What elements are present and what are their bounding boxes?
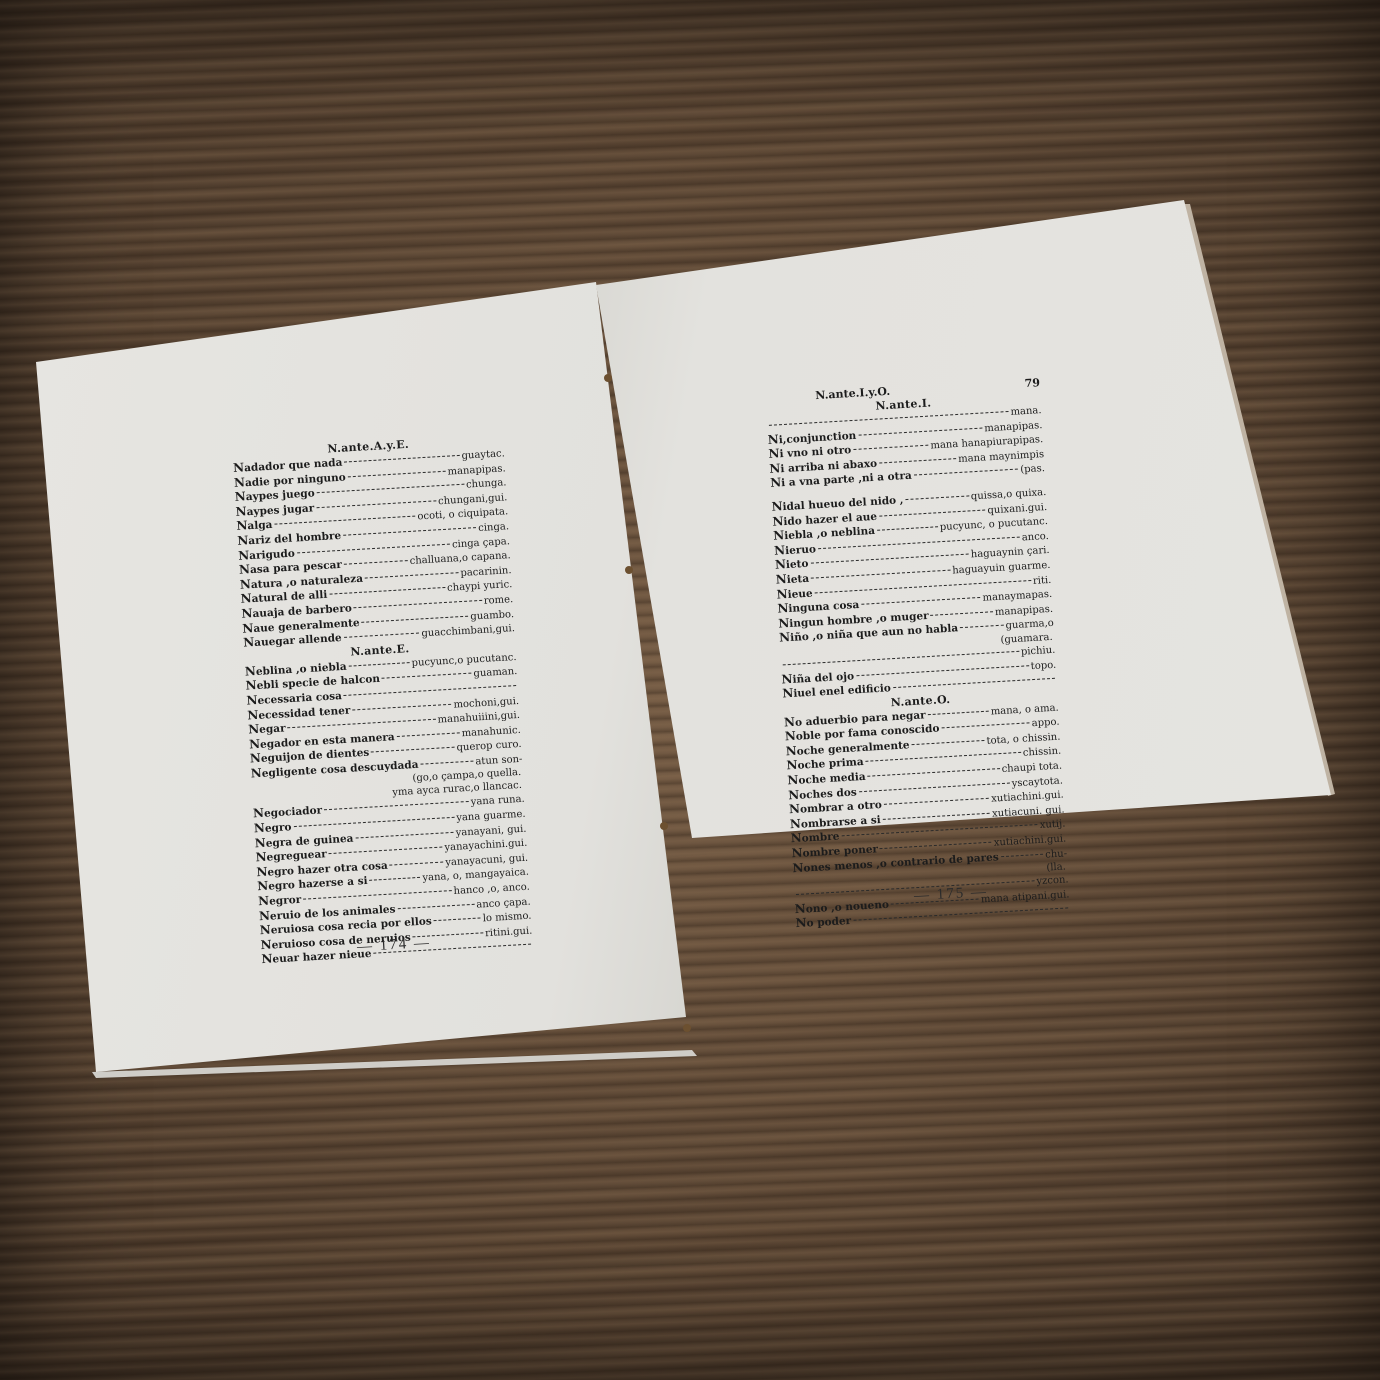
binding-stitch [683, 1024, 691, 1032]
leader-dashes [303, 890, 452, 900]
entry-list-o: No aduerbio para negarmana, o ama.Noble … [784, 700, 1068, 876]
leader-dashes [858, 427, 982, 435]
entry-term: Nieruo [774, 542, 817, 559]
leader-dashes [288, 719, 436, 729]
leader-dashes [879, 458, 956, 463]
leader-dashes [362, 615, 469, 622]
leader-dashes [914, 469, 1019, 476]
leader-dashes [1001, 853, 1044, 856]
leader-dashes [928, 710, 989, 715]
entry-gloss: chissin. [1023, 745, 1062, 761]
leader-dashes [420, 760, 473, 764]
leader-dashes [884, 798, 990, 805]
entry-gloss: cinga. [478, 520, 510, 535]
leader-dashes [911, 740, 984, 745]
entry-gloss: topo. [1030, 658, 1056, 673]
leader-dashes [370, 877, 421, 881]
entry-gloss: guambo. [470, 608, 514, 624]
leader-dashes [905, 495, 969, 500]
entry-gloss: chu- [1045, 847, 1068, 862]
leader-dashes [960, 625, 1004, 629]
leader-dashes [355, 832, 453, 839]
leader-dashes [397, 732, 460, 737]
leader-dashes [390, 861, 444, 865]
entry-gloss: pichiu. [1021, 644, 1056, 660]
leader-dashes [317, 484, 464, 493]
leader-dashes [893, 678, 1055, 688]
entry-gloss: guaman. [473, 665, 518, 681]
entry-gloss: xutij. [1039, 818, 1065, 833]
leader-dashes [810, 554, 968, 564]
leader-dashes [329, 587, 445, 595]
leader-dashes [883, 813, 990, 820]
leader-dashes [371, 747, 454, 753]
binding-stitch [604, 374, 612, 382]
binding-stitch [625, 566, 633, 574]
leader-dashes [344, 633, 420, 638]
leader-dashes [941, 723, 1029, 729]
leader-dashes [434, 918, 481, 922]
leader-dashes [861, 597, 980, 605]
leader-dashes [397, 903, 474, 908]
left-page-text: N.ante.A.y.E. Nadador que nadaguaytac.Na… [232, 432, 534, 968]
entry-gloss: appo. [1031, 716, 1060, 731]
leader-dashes [859, 782, 1010, 792]
leader-dashes [382, 673, 472, 679]
leader-dashes [853, 445, 928, 450]
leader-dashes [352, 703, 451, 710]
entry-gloss: (pas. [1020, 462, 1045, 477]
leader-dashes [931, 611, 993, 616]
leader-dashes [880, 842, 992, 849]
leader-dashes [879, 509, 986, 516]
leader-dashes [324, 801, 469, 810]
leader-dashes [811, 570, 950, 579]
leader-dashes [329, 847, 443, 855]
entry-list-a: Nadador que nadaguaytac.Nadie por ningun… [233, 446, 515, 651]
leader-dashes [343, 527, 476, 536]
leader-dashes [868, 768, 1000, 777]
entry-gloss: rome. [483, 593, 513, 608]
entry-gloss: guaytac. [461, 447, 505, 463]
binding-stitch [660, 822, 668, 830]
entry-gloss: anco. [1021, 530, 1049, 545]
entry-gloss: riti. [1033, 573, 1052, 588]
entry-gloss: mana. [1010, 404, 1042, 419]
entry-gloss: yzcon. [1036, 874, 1069, 889]
folio-number: 79 [1024, 376, 1040, 391]
leader-dashes [354, 600, 482, 608]
entry-gloss: lo mismo. [482, 910, 531, 926]
leader-dashes [316, 500, 436, 508]
leader-dashes [349, 662, 410, 667]
entry-gloss: chunga. [466, 476, 507, 492]
entry-list-e: Neblina ,o nieblapucyunc,o pucutanc.Nebl… [245, 650, 523, 782]
leader-dashes [274, 516, 415, 525]
leader-dashes [344, 560, 408, 565]
leader-dashes [877, 526, 938, 531]
leader-dashes [365, 572, 458, 578]
right-page-text: N.ante.I.y.O. 79 N.ante.I. mana.Ni,conju… [765, 376, 1071, 932]
entry-list-i2: Nidal hueuo del nido ,quissa,o quixa.Nid… [771, 485, 1054, 647]
leader-dashes [344, 455, 459, 463]
leader-dashes [348, 470, 446, 477]
entry-gloss: ritini.gui. [485, 924, 533, 940]
